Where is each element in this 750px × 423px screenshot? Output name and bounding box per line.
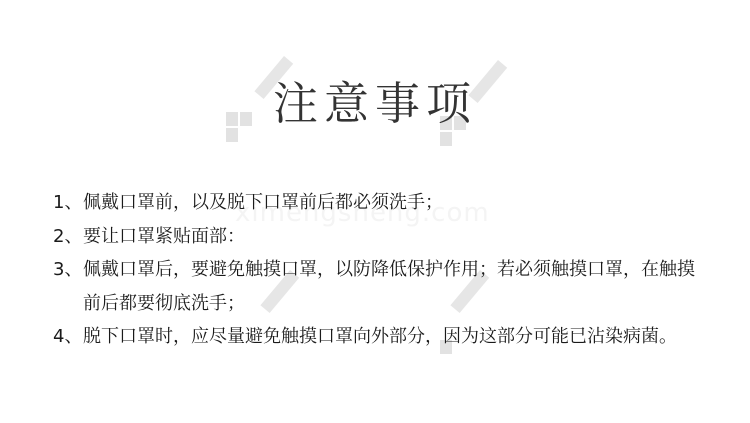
item-number: 4、 xyxy=(53,320,82,354)
item-text: 要让口罩紧贴面部： xyxy=(83,220,733,254)
list-item: 4、 脱下口罩时，应尽量避免触摸口罩向外部分，因为这部分可能已沾染病菌。 xyxy=(53,320,733,354)
item-number: 3、 xyxy=(53,253,82,287)
notice-list: 1、 佩戴口罩前，以及脱下口罩前后都必须洗手； 2、 要让口罩紧贴面部： 3、 … xyxy=(53,186,733,354)
list-item: 3、 佩戴口罩后，要避免触摸口罩，以防降低保护作用；若必须触摸口罩，在触摸 前后… xyxy=(53,253,733,320)
list-item: 1、 佩戴口罩前，以及脱下口罩前后都必须洗手； xyxy=(53,186,733,220)
item-text: 佩戴口罩后，要避免触摸口罩，以防降低保护作用；若必须触摸口罩，在触摸 xyxy=(83,253,733,287)
item-text: 脱下口罩时，应尽量避免触摸口罩向外部分，因为这部分可能已沾染病菌。 xyxy=(83,320,733,354)
item-text-continued: 前后都要彻底洗手； xyxy=(83,287,733,321)
page-title: 注意事项 xyxy=(0,74,750,134)
item-number: 2、 xyxy=(53,220,82,254)
item-number: 1、 xyxy=(53,186,82,220)
item-text: 佩戴口罩前，以及脱下口罩前后都必须洗手； xyxy=(83,186,733,220)
list-item: 2、 要让口罩紧贴面部： xyxy=(53,220,733,254)
